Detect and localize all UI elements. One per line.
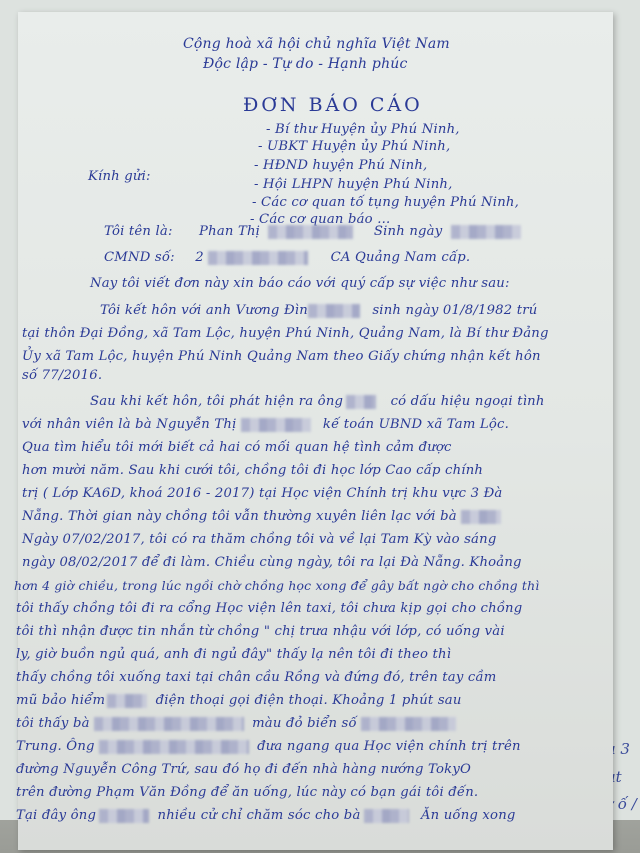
body-line: tôi thấy bà màu đỏ biển số: [16, 716, 456, 731]
body-line: trị ( Lớp KA6D, khoá 2016 - 2017) tại Họ…: [22, 486, 503, 501]
body-line: đường Nguyễn Công Trứ, sau đó họ đi đến …: [16, 762, 471, 777]
national-motto: Cộng hoà xã hội chủ nghĩa Việt Nam: [183, 36, 450, 52]
body-line: Ngày 07/02/2017, tôi có ra thăm chồng tô…: [22, 532, 496, 547]
body-line: ngày 08/02/2017 để đi làm. Chiều cùng ng…: [22, 555, 522, 570]
body-line: Sau khi kết hôn, tôi phát hiện ra ông có…: [90, 394, 545, 409]
redacted-birthdate: [451, 225, 521, 239]
body-line: với nhân viên là bà Nguyễn Thị kế toán U…: [22, 417, 509, 432]
id-issuer: CA Quảng Nam cấp.: [331, 250, 471, 265]
body-line: số 77/2016.: [22, 368, 102, 383]
body-line: mũ bảo hiểm điện thoại gọi điện thoại. K…: [16, 693, 462, 708]
redacted-text: [99, 740, 249, 754]
name-label: Tôi tên là:: [104, 224, 173, 239]
recipient-4: - Hội LHPN huyện Phú Ninh,: [254, 177, 452, 192]
body-line: ly, giờ buồn ngủ quá, anh đi ngủ đây" th…: [16, 647, 451, 662]
body-line: tôi thấy chồng tôi đi ra cổng Học viện l…: [16, 601, 522, 616]
birth-label: Sinh ngày: [374, 224, 442, 239]
redacted-text: [241, 418, 311, 432]
redacted-text: [94, 717, 244, 731]
recipient-2: - UBKT Huyện ủy Phú Ninh,: [258, 139, 450, 154]
identity-id-line: CMND số: 2 CA Quảng Nam cấp.: [104, 250, 470, 265]
body-line: Nẵng. Thời gian này chồng tôi vẫn thường…: [22, 509, 501, 524]
redacted-text: [361, 717, 456, 731]
body-line: tôi thì nhận được tin nhắn từ chồng " ch…: [16, 624, 505, 639]
body-line: Tôi kết hôn với anh Vương Đìn sinh ngày …: [100, 303, 537, 318]
body-line: hơn 4 giờ chiều, trong lúc ngồi chờ chồn…: [14, 578, 539, 593]
name-value: Phan Thị: [199, 224, 260, 239]
redacted-text: [107, 694, 147, 708]
body-line: Nay tôi viết đơn này xin báo cáo với quý…: [90, 276, 510, 291]
body-line: trên đường Phạm Văn Đồng để ăn uống, lúc…: [16, 785, 478, 800]
recipients-label: Kính gửi:: [88, 169, 151, 184]
body-line: thấy chồng tôi xuống taxi tại chân cầu R…: [16, 670, 496, 685]
recipient-3: - HĐND huyện Phú Ninh,: [254, 158, 427, 173]
report-letter-page: Cộng hoà xã hội chủ nghĩa Việt Nam Độc l…: [18, 12, 613, 850]
id-prefix: 2: [195, 250, 204, 265]
national-slogan: Độc lập - Tự do - Hạnh phúc: [203, 56, 408, 72]
redacted-text: [346, 395, 376, 409]
body-line: tại thôn Đại Đồng, xã Tam Lộc, huyện Phú…: [22, 326, 549, 341]
redacted-text: [461, 510, 501, 524]
redacted-name: [268, 225, 353, 239]
redacted-text: [364, 809, 409, 823]
body-line: Qua tìm hiểu tôi mới biết cả hai có mối …: [22, 440, 452, 455]
recipient-1: - Bí thư Huyện ủy Phú Ninh,: [266, 122, 460, 137]
redacted-id-number: [208, 251, 308, 265]
recipient-5: - Các cơ quan tố tụng huyện Phú Ninh,: [252, 195, 519, 210]
body-line: Tại đây ông nhiều cử chỉ chăm sóc cho bà…: [16, 808, 516, 823]
redacted-text: [308, 304, 360, 318]
document-title: ĐƠN BÁO CÁO: [243, 94, 423, 116]
body-line: Ủy xã Tam Lộc, huyện Phú Ninh Quảng Nam …: [22, 349, 541, 364]
body-line: Trung. Ông đưa ngang qua Học viện chính …: [16, 739, 521, 754]
body-line: hơn mười năm. Sau khi cưới tôi, chồng tô…: [22, 463, 483, 478]
identity-name-line: Tôi tên là: Phan Thị Sinh ngày: [104, 224, 521, 239]
id-label: CMND số:: [104, 250, 175, 265]
redacted-text: [99, 809, 149, 823]
